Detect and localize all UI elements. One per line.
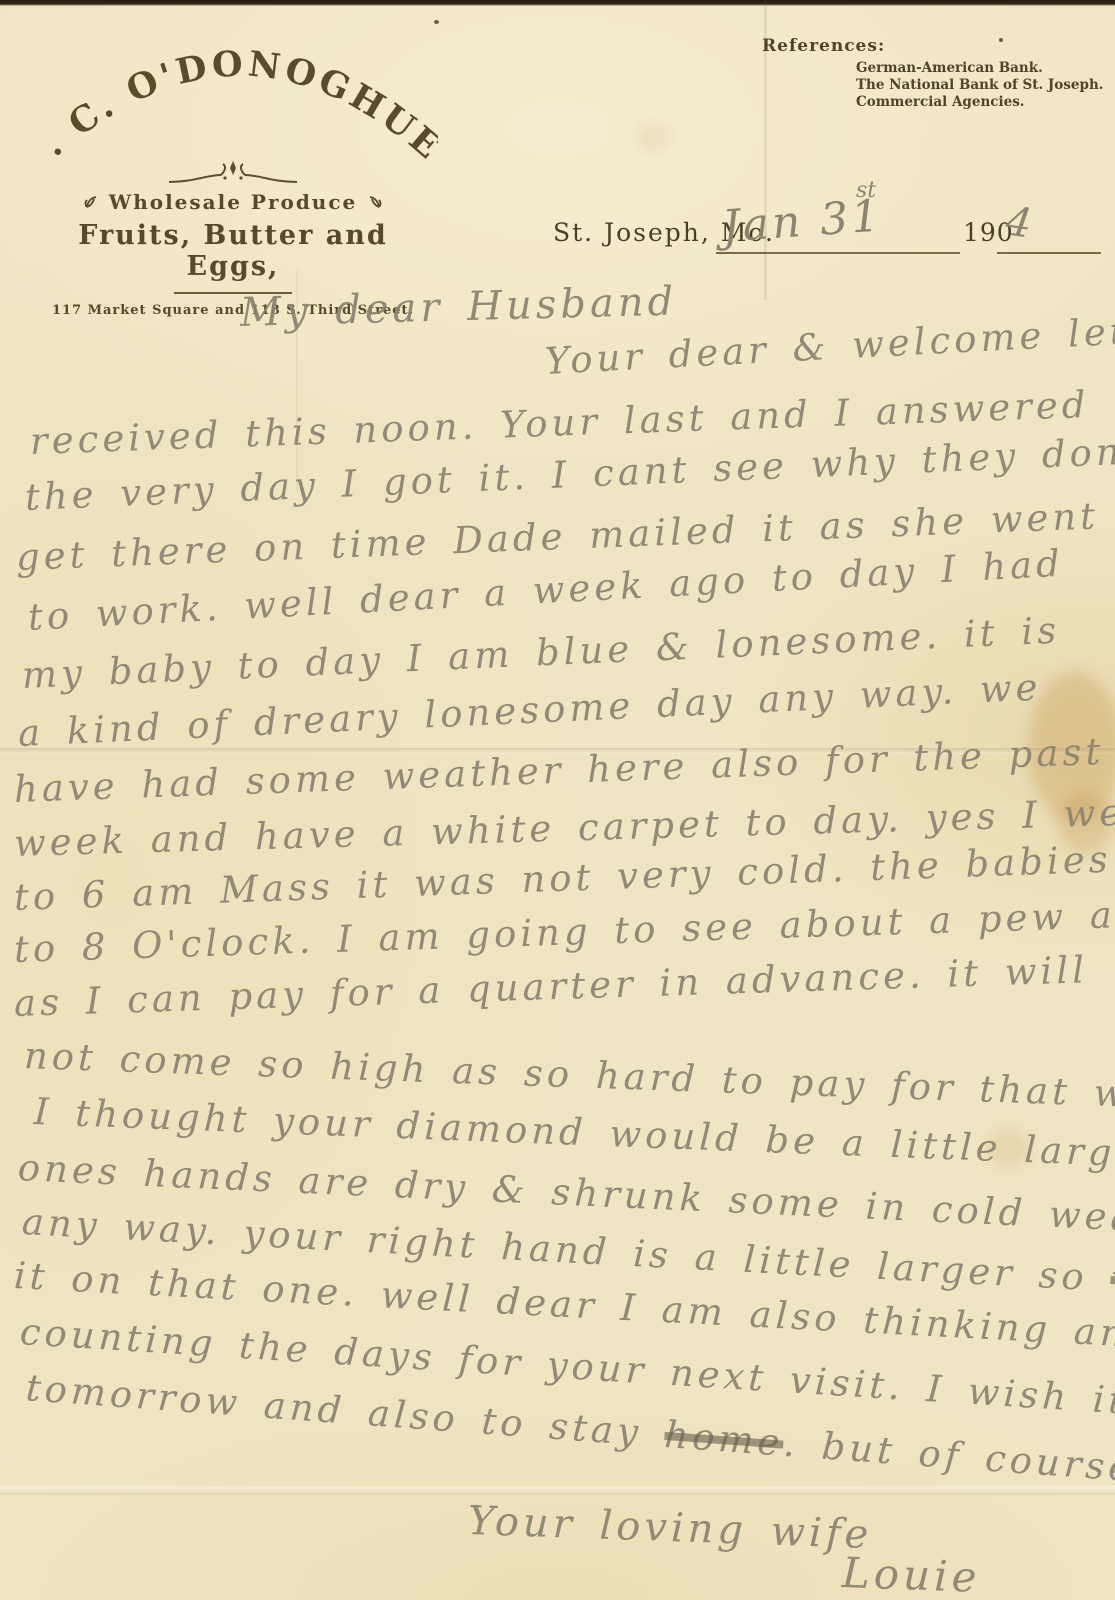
horizontal-fold-crease — [0, 1486, 1115, 1495]
scan-top-edge — [0, 0, 1115, 6]
tagline-row: Wholesale Produce — [28, 190, 438, 214]
reference-item: Commercial Agencies. — [856, 94, 1103, 111]
signature: Louie — [841, 1548, 981, 1600]
letterhead: F. C. O'DONOGHUE Wholesale Produce Fruit… — [28, 30, 438, 318]
letter-page: F. C. O'DONOGHUE Wholesale Produce Fruit… — [0, 0, 1115, 1600]
reference-item: German-American Bank. — [856, 60, 1103, 77]
company-name-arch: F. C. O'DONOGHUE — [28, 30, 438, 172]
leaf-ornament-icon — [83, 194, 99, 210]
ink-speck — [434, 20, 439, 24]
svg-text:F. C. O'DONOGHUE: F. C. O'DONOGHUE — [28, 30, 438, 169]
flourish-divider-icon — [163, 158, 303, 188]
references-block: References: German-American Bank. The Na… — [762, 36, 1103, 111]
company-name: F. C. O'DONOGHUE — [28, 30, 438, 169]
references-label: References: — [762, 36, 1103, 56]
products-line: Fruits, Butter and Eggs, — [28, 220, 438, 282]
paper-stain — [636, 124, 670, 150]
letter-closing: Your loving wife — [467, 1498, 873, 1558]
scribbled-word: wear — [1109, 1257, 1115, 1306]
date-suffix-superscript: st — [856, 178, 876, 203]
reference-item: The National Bank of St. Joseph. — [856, 77, 1103, 94]
tagline-text: Wholesale Produce — [109, 190, 358, 214]
letter-line-text: . but of course — [782, 1422, 1115, 1491]
scribbled-word: home — [663, 1413, 785, 1465]
leaf-ornament-icon — [367, 194, 383, 210]
